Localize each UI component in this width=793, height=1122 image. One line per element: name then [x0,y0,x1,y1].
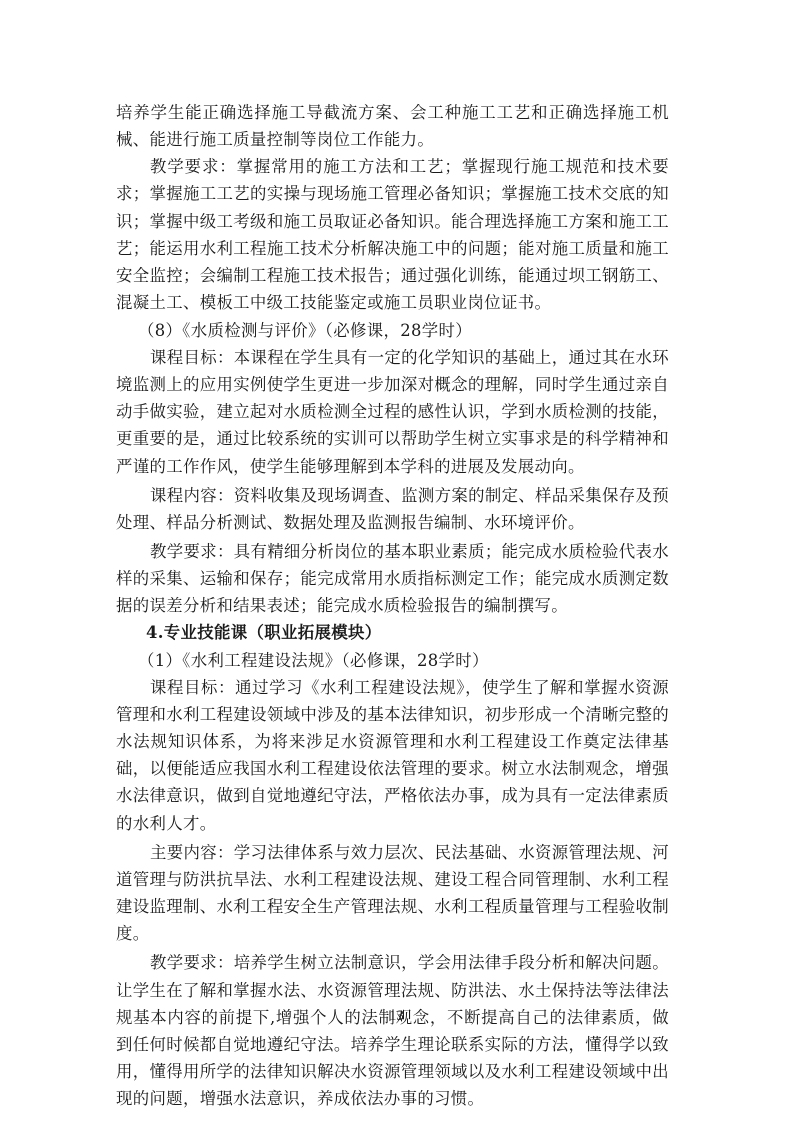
section-heading-professional-skills: 4.专业技能课（职业拓展模块） [116,619,669,646]
paragraph-teaching-requirements-construction: 教学要求：掌握常用的施工方法和工艺；掌握现行施工规范和技术要求；掌握施工工艺的实… [116,153,669,316]
paragraph-main-content-water-law: 主要内容：学习法律体系与效力层次、民法基础、水资源管理法规、河道管理与防洪抗旱法… [116,839,669,948]
page-number: 13 [0,1008,793,1025]
document-body: 培养学生能正确选择施工导截流方案、会工种施工工艺和正确选择施工机械、能进行施工质… [116,99,669,1112]
paragraph-course-goal-water-quality: 课程目标：本课程在学生具有一定的化学知识的基础上，通过其在水环境监测上的应用实例… [116,344,669,480]
paragraph-course-content-water-quality: 课程内容：资料收集及现场调查、监测方案的制定、样品采集保存及预处理、样品分析测试… [116,482,669,536]
paragraph-teaching-requirements-water-quality: 教学要求：具有精细分析岗位的基本职业素质；能完成水质检验代表水样的采集、运输和保… [116,538,669,619]
course-heading-water-quality: （8）《水质检测与评价》（必修课，28学时） [116,317,669,344]
paragraph-course-goal-water-law: 课程目标：通过学习《水利工程建设法规》，使学生了解和掌握水资源管理和水利工程建设… [116,674,669,837]
course-heading-water-law: （1）《水利工程建设法规》（必修课，28学时） [116,647,669,674]
paragraph-teaching-requirements-water-law: 教学要求：培养学生树立法制意识，学会用法律手段分析和解决问题。让学生在了解和掌握… [116,949,669,1112]
paragraph-construction-ability: 培养学生能正确选择施工导截流方案、会工种施工工艺和正确选择施工机械、能进行施工质… [116,99,669,153]
